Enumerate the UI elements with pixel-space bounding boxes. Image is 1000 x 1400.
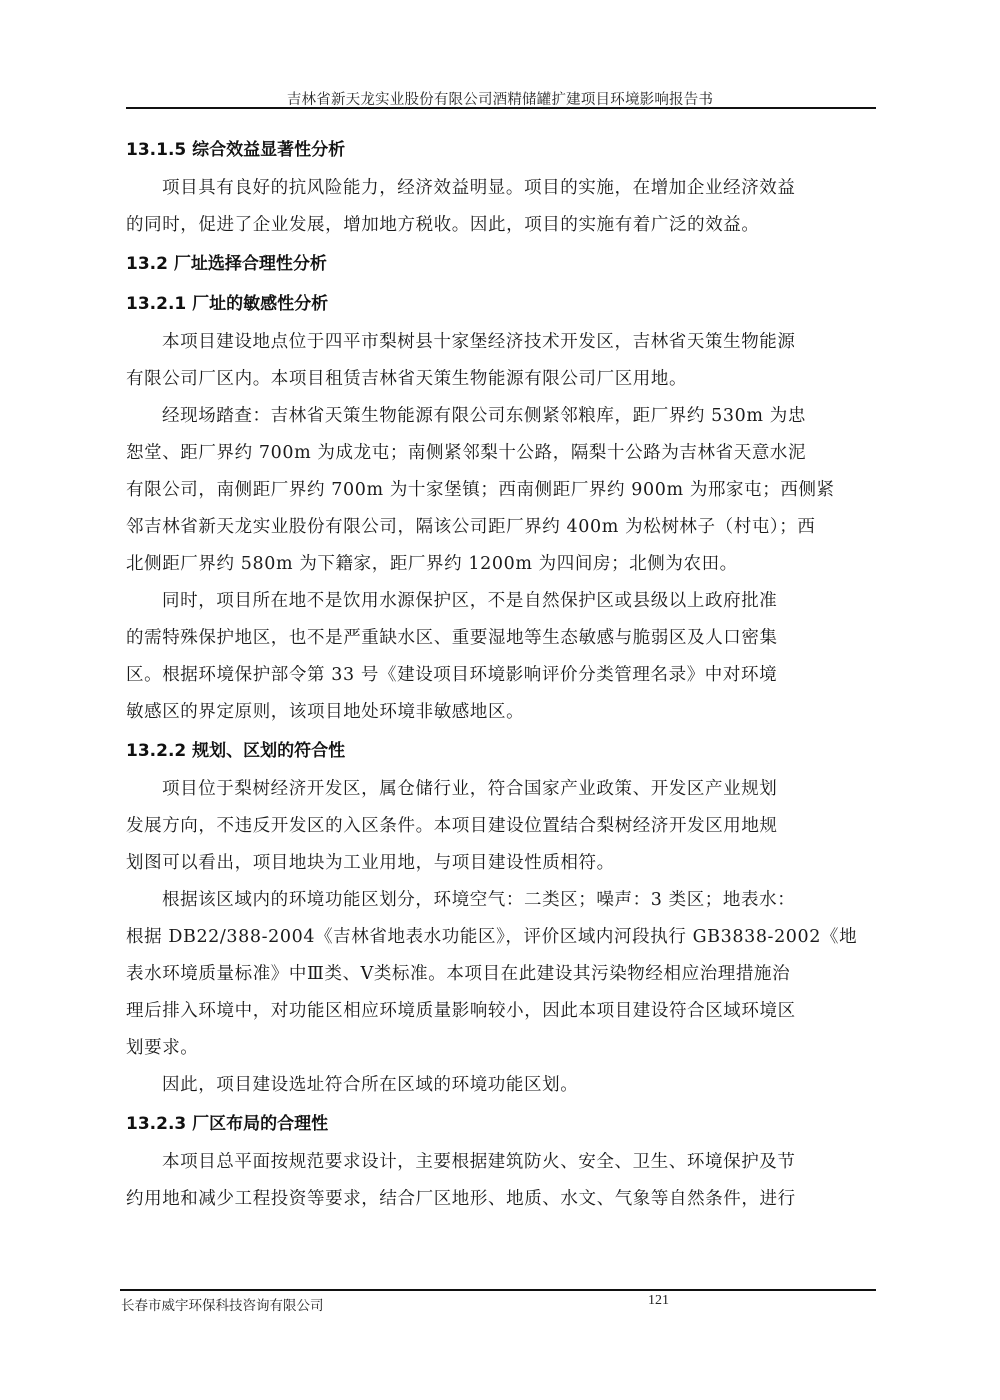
paragraph-line: 表水环境质量标准》中Ⅲ类、Ⅴ类标准。本项目在此建设其污染物经相应治理措施治 xyxy=(126,956,874,993)
paragraph: 项目位于梨树经济开发区，属仓储行业，符合国家产业政策、开发区产业规划 发展方向，… xyxy=(126,771,874,882)
section-heading-13-2: 13.2 厂址选择合理性分析 xyxy=(126,244,874,284)
paragraph-line: 项目位于梨树经济开发区，属仓储行业，符合国家产业政策、开发区产业规划 xyxy=(126,771,874,808)
section-heading-13-2-2: 13.2.2 规划、区划的符合性 xyxy=(126,731,874,771)
paragraph-line: 敏感区的界定原则，该项目地处环境非敏感地区。 xyxy=(126,694,874,731)
document-body: 13.1.5 综合效益显著性分析 项目具有良好的抗风险能力，经济效益明显。项目的… xyxy=(126,130,874,1218)
paragraph: 经现场踏查：吉林省天策生物能源有限公司东侧紧邻粮库，距厂界约 530m 为忠 恕… xyxy=(126,398,874,583)
paragraph: 项目具有良好的抗风险能力，经济效益明显。项目的实施，在增加企业经济效益 的同时，… xyxy=(126,170,874,244)
paragraph-line: 有限公司厂区内。本项目租赁吉林省天策生物能源有限公司厂区用地。 xyxy=(126,361,874,398)
paragraph-line: 邻吉林省新天龙实业股份有限公司，隔该公司距厂界约 400m 为松树林子（村屯）；… xyxy=(126,509,874,546)
paragraph-line: 北侧距厂界约 580m 为下籍家，距厂界约 1200m 为四间房；北侧为农田。 xyxy=(126,546,874,583)
footer-rule xyxy=(120,1289,876,1291)
footer-company: 长春市威宇环保科技咨询有限公司 xyxy=(121,1294,324,1314)
paragraph: 根据该区域内的环境功能区划分，环境空气：二类区；噪声：3 类区；地表水： 根据 … xyxy=(126,882,874,1067)
paragraph-line: 同时，项目所在地不是饮用水源保护区，不是自然保护区或县级以上政府批准 xyxy=(126,583,874,620)
paragraph-line: 本项目建设地点位于四平市梨树县十家堡经济技术开发区，吉林省天策生物能源 xyxy=(126,324,874,361)
paragraph-line: 根据该区域内的环境功能区划分，环境空气：二类区；噪声：3 类区；地表水： xyxy=(126,882,874,919)
paragraph-line: 经现场踏查：吉林省天策生物能源有限公司东侧紧邻粮库，距厂界约 530m 为忠 xyxy=(126,398,874,435)
paragraph-line: 项目具有良好的抗风险能力，经济效益明显。项目的实施，在增加企业经济效益 xyxy=(126,170,874,207)
paragraph-line: 区。根据环境保护部令第 33 号《建设项目环境影响评价分类管理名录》中对环境 xyxy=(126,657,874,694)
paragraph-line: 本项目总平面按规范要求设计，主要根据建筑防火、安全、卫生、环境保护及节 xyxy=(126,1144,874,1181)
paragraph-line: 划图可以看出，项目地块为工业用地，与项目建设性质相符。 xyxy=(126,845,874,882)
page-number: 121 xyxy=(648,1293,669,1309)
paragraph-line: 约用地和减少工程投资等要求，结合厂区地形、地质、水文、气象等自然条件，进行 xyxy=(126,1181,874,1218)
section-heading-13-2-3: 13.2.3 厂区布局的合理性 xyxy=(126,1104,874,1144)
paragraph-line: 的需特殊保护地区，也不是严重缺水区、重要湿地等生态敏感与脆弱区及人口密集 xyxy=(126,620,874,657)
section-heading-13-1-5: 13.1.5 综合效益显著性分析 xyxy=(126,130,874,170)
section-heading-13-2-1: 13.2.1 厂址的敏感性分析 xyxy=(126,284,874,324)
paragraph: 同时，项目所在地不是饮用水源保护区，不是自然保护区或县级以上政府批准 的需特殊保… xyxy=(126,583,874,731)
running-header-title: 吉林省新天龙实业股份有限公司酒精储罐扩建项目环境影响报告书 xyxy=(126,88,874,109)
paragraph-line: 有限公司，南侧距厂界约 700m 为十家堡镇；西南侧距厂界约 900m 为邢家屯… xyxy=(126,472,874,509)
paragraph-line: 理后排入环境中，对功能区相应环境质量影响较小，因此本项目建设符合区域环境区 xyxy=(126,993,874,1030)
paragraph: 本项目建设地点位于四平市梨树县十家堡经济技术开发区，吉林省天策生物能源 有限公司… xyxy=(126,324,874,398)
paragraph-line: 划要求。 xyxy=(126,1030,874,1067)
paragraph-line: 因此，项目建设选址符合所在区域的环境功能区划。 xyxy=(126,1067,874,1104)
paragraph-line: 根据 DB22/388-2004《吉林省地表水功能区》，评价区域内河段执行 GB… xyxy=(126,919,874,956)
paragraph-line: 恕堂、距厂界约 700m 为成龙屯；南侧紧邻梨十公路，隔梨十公路为吉林省天意水泥 xyxy=(126,435,874,472)
paragraph: 本项目总平面按规范要求设计，主要根据建筑防火、安全、卫生、环境保护及节 约用地和… xyxy=(126,1144,874,1218)
paragraph: 因此，项目建设选址符合所在区域的环境功能区划。 xyxy=(126,1067,874,1104)
paragraph-line: 的同时，促进了企业发展，增加地方税收。因此，项目的实施有着广泛的效益。 xyxy=(126,207,874,244)
header-rule xyxy=(126,107,876,109)
paragraph-line: 发展方向，不违反开发区的入区条件。本项目建设位置结合梨树经济开发区用地规 xyxy=(126,808,874,845)
